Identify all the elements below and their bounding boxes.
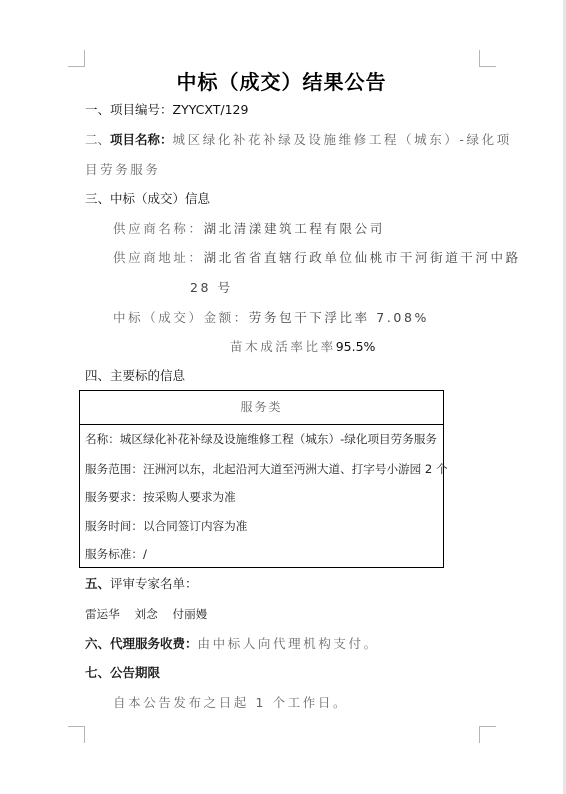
supplier-address-line2: 28 号 xyxy=(190,280,233,296)
expert-list-heading-text: 评审专家名单： xyxy=(110,576,198,591)
agency-fee-label: 代理服务收费： xyxy=(110,636,198,651)
expert-name: 雷运华 xyxy=(85,607,120,621)
project-name-label: 项目名称： xyxy=(110,132,173,147)
table-header-service-type: 服务类 xyxy=(80,391,443,425)
award-amount-value: 劳务包干下浮比率 7.08% xyxy=(249,310,429,325)
notice-period-value: 自本公告发布之日起 1 个工作日。 xyxy=(113,695,348,711)
award-amount-row: 中标（成交）金额：劳务包干下浮比率 7.08% xyxy=(113,310,429,326)
document-page: 中标（成交）结果公告 一、项目编号：ZYYCXT/129 二、项目名称：城区绿化… xyxy=(0,0,563,794)
project-name-value-line1: 城区绿化补花补绿及设施维修工程（城东）-绿化项 xyxy=(173,132,512,147)
expert-name: 刘念 xyxy=(135,607,158,621)
row-value: 以合同签订内容为准 xyxy=(143,519,247,533)
project-number-label: 一、项目编号： xyxy=(85,102,173,117)
row-label: 服务标准： xyxy=(85,547,143,561)
section-project-name: 二、项目名称：城区绿化补花补绿及设施维修工程（城东）-绿化项 xyxy=(85,132,512,148)
row-value: 按采购人要求为准 xyxy=(143,490,236,504)
supplier-name-value: 湖北清漾建筑工程有限公司 xyxy=(204,221,385,236)
seedling-survival-value: 95.5% xyxy=(336,339,376,354)
expert-name: 付丽嫚 xyxy=(173,607,208,621)
margin-corner-top-right xyxy=(479,50,496,67)
section-main-subject-heading: 四、主要标的信息 xyxy=(85,368,185,384)
row-value: / xyxy=(143,547,147,561)
subject-info-table: 服务类 名称：城区绿化补花补绿及设施维修工程（城东）-绿化项目劳务服务 服务范围… xyxy=(79,390,444,568)
row-label: 服务范围： xyxy=(85,462,143,476)
table-row-service-requirement: 服务要求：按采购人要求为准 xyxy=(85,489,236,505)
seedling-survival-row: 苗木成活率比率95.5% xyxy=(230,339,375,355)
margin-corner-bottom-left xyxy=(68,726,85,743)
page-title: 中标（成交）结果公告 xyxy=(0,66,563,95)
supplier-name-row: 供应商名称：湖北清漾建筑工程有限公司 xyxy=(113,221,385,237)
agency-fee-value: 由中标人向代理机构支付。 xyxy=(198,636,379,651)
row-value: 城区绿化补花补绿及设施维修工程（城东）-绿化项目劳务服务 xyxy=(120,432,437,446)
agency-fee-prefix: 六、 xyxy=(85,636,110,651)
table-row-service-time: 服务时间：以合同签订内容为准 xyxy=(85,518,247,534)
row-label: 服务时间： xyxy=(85,519,143,533)
award-amount-label: 中标（成交）金额： xyxy=(113,310,249,325)
supplier-address-line1: 湖北省省直辖行政单位仙桃市干河街道干河中路 xyxy=(204,250,521,265)
table-row-name: 名称：城区绿化补花补绿及设施维修工程（城东）-绿化项目劳务服务 xyxy=(85,431,437,447)
table-row-service-scope: 服务范围：汪洲河以东，北起沿河大道至沔洲大道、打字号小游园 2 个 xyxy=(85,461,448,477)
row-label: 服务要求： xyxy=(85,490,143,504)
notice-period-prefix: 七、 xyxy=(85,665,110,680)
project-number-value: ZYYCXT/129 xyxy=(173,102,249,117)
expert-names: 雷运华 刘念 付丽嫚 xyxy=(85,606,207,622)
expert-list-prefix: 五、 xyxy=(85,576,110,591)
table-row-service-standard: 服务标准：/ xyxy=(85,546,147,562)
project-name-value-line2: 目劳务服务 xyxy=(85,162,161,178)
section-notice-period-heading: 七、公告期限 xyxy=(85,665,160,681)
row-label: 名称： xyxy=(85,432,120,446)
margin-corner-top-left xyxy=(68,50,85,67)
section-award-info-heading: 三、中标（成交）信息 xyxy=(85,191,210,207)
project-name-prefix: 二、 xyxy=(85,132,110,147)
section-expert-list-heading: 五、评审专家名单： xyxy=(85,576,198,592)
section-agency-fee: 六、代理服务收费：由中标人向代理机构支付。 xyxy=(85,636,379,652)
supplier-address-label: 供应商地址： xyxy=(113,250,204,265)
seedling-survival-label: 苗木成活率比率 xyxy=(230,339,336,354)
notice-period-heading-text: 公告期限 xyxy=(110,665,160,680)
supplier-address-row: 供应商地址：湖北省省直辖行政单位仙桃市干河街道干河中路 xyxy=(113,250,521,266)
section-project-number: 一、项目编号：ZYYCXT/129 xyxy=(85,102,248,118)
row-value: 汪洲河以东，北起沿河大道至沔洲大道、打字号小游园 2 个 xyxy=(143,462,448,476)
margin-corner-bottom-right xyxy=(479,726,496,743)
supplier-name-label: 供应商名称： xyxy=(113,221,204,236)
